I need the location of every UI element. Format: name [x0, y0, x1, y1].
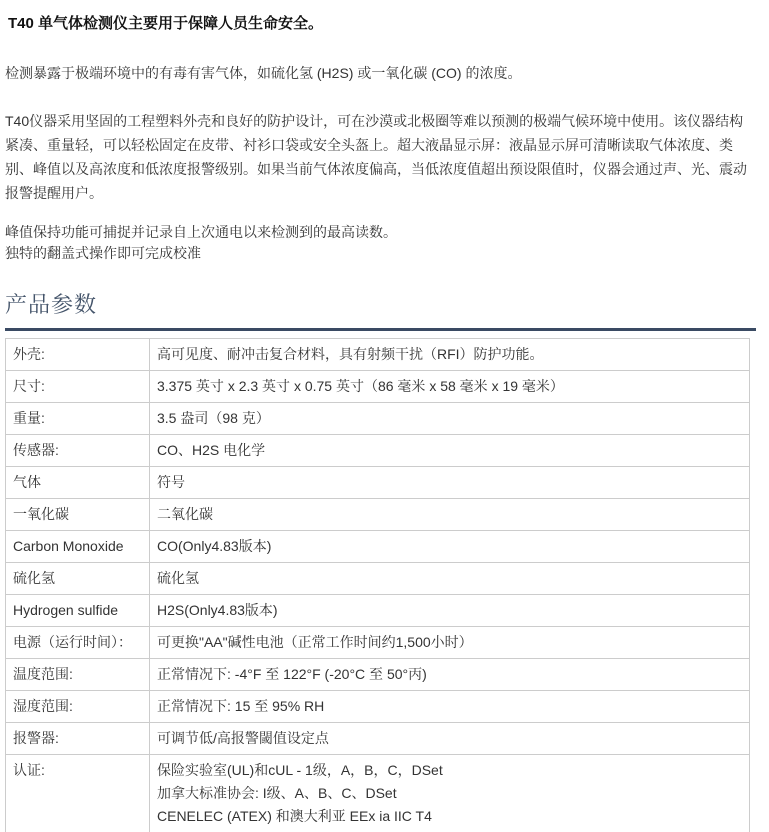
spec-value-line: 3.375 英寸 x 2.3 英寸 x 0.75 英寸（86 毫米 x 58 毫…: [157, 378, 741, 395]
spec-row-label: 外壳:: [6, 339, 150, 371]
spec-row-label: Hydrogen sulfide: [6, 595, 150, 627]
product-title: T40 单气体检测仪主要用于保障人员生命安全。: [8, 14, 753, 34]
spec-row-label: 认证:: [6, 755, 150, 832]
spec-row-value: 3.5 盎司（98 克）: [150, 403, 750, 435]
spec-row-value: CO(Only4.83版本): [150, 531, 750, 563]
spec-row-value: 3.375 英寸 x 2.3 英寸 x 0.75 英寸（86 毫米 x 58 毫…: [150, 371, 750, 403]
spec-row-label: 传感器:: [6, 435, 150, 467]
spec-row-label: 一氧化碳: [6, 499, 150, 531]
feature-line-peak-hold: 峰值保持功能可捕捉并记录自上次通电以来检测到的最高读数。: [5, 222, 753, 243]
spec-row: 气体符号: [6, 467, 750, 499]
spec-row: 外壳:高可见度、耐冲击复合材料，具有射频干扰（RFI）防护功能。: [6, 339, 750, 371]
spec-row-value: CO、H2S 电化学: [150, 435, 750, 467]
spec-value-line: 正常情况下: 15 至 95% RH: [157, 698, 741, 715]
spec-row-value: 二氧化碳: [150, 499, 750, 531]
spec-value-line: 硫化氢: [157, 570, 741, 587]
spec-row: Hydrogen sulfideH2S(Only4.83版本): [6, 595, 750, 627]
spec-row-value: 可更换"AA"碱性电池（正常工作时间约1,500小时）: [150, 627, 750, 659]
spec-row-value: 高可见度、耐冲击复合材料，具有射频干扰（RFI）防护功能。: [150, 339, 750, 371]
spec-value-line: CENELEC (ATEX) 和澳大利亚 EEx ia IIC T4: [157, 808, 741, 825]
spec-row-label: Carbon Monoxide: [6, 531, 150, 563]
product-doc-page: T40 单气体检测仪主要用于保障人员生命安全。 检测暴露于极端环境中的有毒有害气…: [0, 0, 769, 832]
intro-paragraph-2: T40仪器采用坚固的工程塑料外壳和良好的防护设计，可在沙漠或北极圈等难以预测的极…: [5, 109, 753, 205]
spec-value-line: 加拿大标准协会: I级、A、B、C、DSet: [157, 785, 741, 802]
spec-row-label: 电源（运行时间）：: [6, 627, 150, 659]
spec-row-value: 符号: [150, 467, 750, 499]
spec-row-label: 温度范围:: [6, 659, 150, 691]
spec-row-value: 保险实验室(UL)和cUL - 1级，A，B，C，DSet加拿大标准协会: I级…: [150, 755, 750, 832]
spec-row-value: 正常情况下: -4°F 至 122°F (-20°C 至 50°丙): [150, 659, 750, 691]
spec-row-label: 重量:: [6, 403, 150, 435]
spec-value-line: H2S(Only4.83版本): [157, 602, 741, 619]
spec-row: 一氧化碳二氧化碳: [6, 499, 750, 531]
spec-row-label: 尺寸:: [6, 371, 150, 403]
feature-line-flip-calibration: 独特的翻盖式操作即可完成校准: [5, 243, 753, 264]
spec-row-value: H2S(Only4.83版本): [150, 595, 750, 627]
spec-row: 尺寸:3.375 英寸 x 2.3 英寸 x 0.75 英寸（86 毫米 x 5…: [6, 371, 750, 403]
spec-value-line: CO、H2S 电化学: [157, 442, 741, 459]
spec-value-line: 可更换"AA"碱性电池（正常工作时间约1,500小时）: [157, 634, 741, 651]
spec-row: 重量:3.5 盎司（98 克）: [6, 403, 750, 435]
spec-row: 湿度范围:正常情况下: 15 至 95% RH: [6, 691, 750, 723]
spec-row: 硫化氢硫化氢: [6, 563, 750, 595]
spec-value-line: CO(Only4.83版本): [157, 538, 741, 555]
spec-row-label: 硫化氢: [6, 563, 150, 595]
spec-value-line: 可调节低/高报警閾值设定点: [157, 730, 741, 747]
spec-table-body: 外壳:高可见度、耐冲击复合材料，具有射频干扰（RFI）防护功能。尺寸:3.375…: [6, 339, 750, 832]
spec-value-line: 二氧化碳: [157, 506, 741, 523]
intro-paragraph-1: 检测暴露于极端环境中的有毒有害气体，如硫化氢 (H2S) 或一氧化碳 (CO) …: [5, 61, 753, 85]
spec-row: 报警器:可调节低/高报警閾值设定点: [6, 723, 750, 755]
section-divider: [5, 328, 756, 331]
feature-lines: 峰值保持功能可捕捉并记录自上次通电以来检测到的最高读数。 独特的翻盖式操作即可完…: [5, 222, 753, 264]
spec-value-line: 高可见度、耐冲击复合材料，具有射频干扰（RFI）防护功能。: [157, 346, 741, 363]
spec-table: 外壳:高可见度、耐冲击复合材料，具有射频干扰（RFI）防护功能。尺寸:3.375…: [5, 338, 750, 832]
spec-row-label: 气体: [6, 467, 150, 499]
spec-value-line: 正常情况下: -4°F 至 122°F (-20°C 至 50°丙): [157, 666, 741, 683]
spec-row: Carbon MonoxideCO(Only4.83版本): [6, 531, 750, 563]
spec-row: 温度范围:正常情况下: -4°F 至 122°F (-20°C 至 50°丙): [6, 659, 750, 691]
spec-row: 电源（运行时间）：可更换"AA"碱性电池（正常工作时间约1,500小时）: [6, 627, 750, 659]
spec-row-value: 可调节低/高报警閾值设定点: [150, 723, 750, 755]
spec-row: 认证:保险实验室(UL)和cUL - 1级，A，B，C，DSet加拿大标准协会:…: [6, 755, 750, 832]
spec-row: 传感器:CO、H2S 电化学: [6, 435, 750, 467]
spec-row-value: 正常情况下: 15 至 95% RH: [150, 691, 750, 723]
section-title-product-params: 产品参数: [5, 291, 753, 319]
spec-row-label: 报警器:: [6, 723, 150, 755]
spec-value-line: 3.5 盎司（98 克）: [157, 410, 741, 427]
spec-value-line: 符号: [157, 474, 741, 491]
spec-row-label: 湿度范围:: [6, 691, 150, 723]
spec-row-value: 硫化氢: [150, 563, 750, 595]
spec-value-line: 保险实验室(UL)和cUL - 1级，A，B，C，DSet: [157, 762, 741, 779]
